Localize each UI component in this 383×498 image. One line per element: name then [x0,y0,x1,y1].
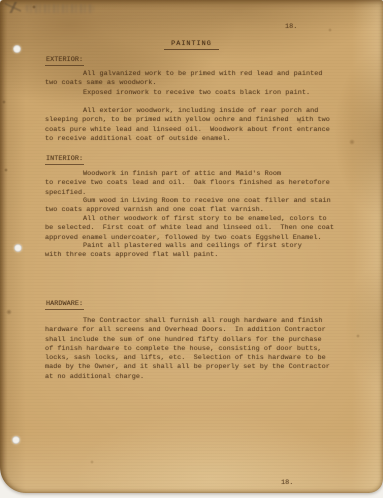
text-line: made by the Owner, and it shall all be p… [45,363,330,372]
paragraph: The Contractor shall furnish all rough h… [45,317,330,382]
text-line: All other woodwork of first story to be … [45,215,334,224]
page-number-bottom: 18. [281,479,293,487]
text-line: be selected. First coat of white lead an… [45,224,334,233]
text-line: shall include the sum of one hundred fif… [45,336,330,345]
pencil-annotation [26,4,94,13]
section-heading-hardware: HARDWARE: [45,300,84,310]
text-line: at no additional charge. [45,373,330,382]
paragraph: All other woodwork of first story to be … [45,215,334,243]
text-line: to receive two coats lead and oil. Oak f… [45,179,330,188]
document-title-text: PAINTING [164,40,219,50]
text-line: hardware for all screens and Overhead Do… [45,326,330,335]
section-heading-interior: INTERIOR: [45,155,84,165]
punch-hole [14,244,22,252]
paragraph: Exposed ironwork to receive two coats bl… [45,89,310,98]
document-title: PAINTING [0,40,383,50]
text-line: coats pure white lead and linseed oil. W… [45,126,330,135]
text-line: to receive additional coat of outside en… [45,135,330,144]
text-line: All galvanized work to be primed with re… [45,70,322,79]
paragraph: Gum wood in Living Room to receive one c… [45,197,331,216]
text-line: Gum wood in Living Room to receive one c… [45,197,331,206]
page-number-top: 18. [285,23,297,31]
pencil-corner-mark [5,2,21,13]
text-line: Woodwork in finish part of attic and Mai… [45,170,330,179]
paragraph: Woodwork in finish part of attic and Mai… [45,170,330,198]
paragraph: All exterior woodwork, including inside … [45,107,330,144]
text-line: two coats same as woodwork. [45,79,322,88]
text-line: The Contractor shall furnish all rough h… [45,317,330,326]
text-line: Exposed ironwork to receive two coats bl… [45,89,310,98]
text-line: sleeping porch, to be primed with yellow… [45,116,330,125]
text-line: Paint all plastered walls and ceilings o… [45,242,302,251]
text-line: with three coats approved flat wall pain… [45,251,302,260]
scanned-document-page: 18. PAINTING EXTERIOR: All galvanized wo… [0,0,383,493]
punch-hole [12,436,20,444]
paragraph: All galvanized work to be primed with re… [45,70,322,89]
paragraph: Paint all plastered walls and ceilings o… [45,242,302,261]
section-heading-exterior: EXTERIOR: [45,56,84,66]
text-line: of finish hardware to complete the house… [45,345,330,354]
text-line: All exterior woodwork, including inside … [45,107,330,116]
